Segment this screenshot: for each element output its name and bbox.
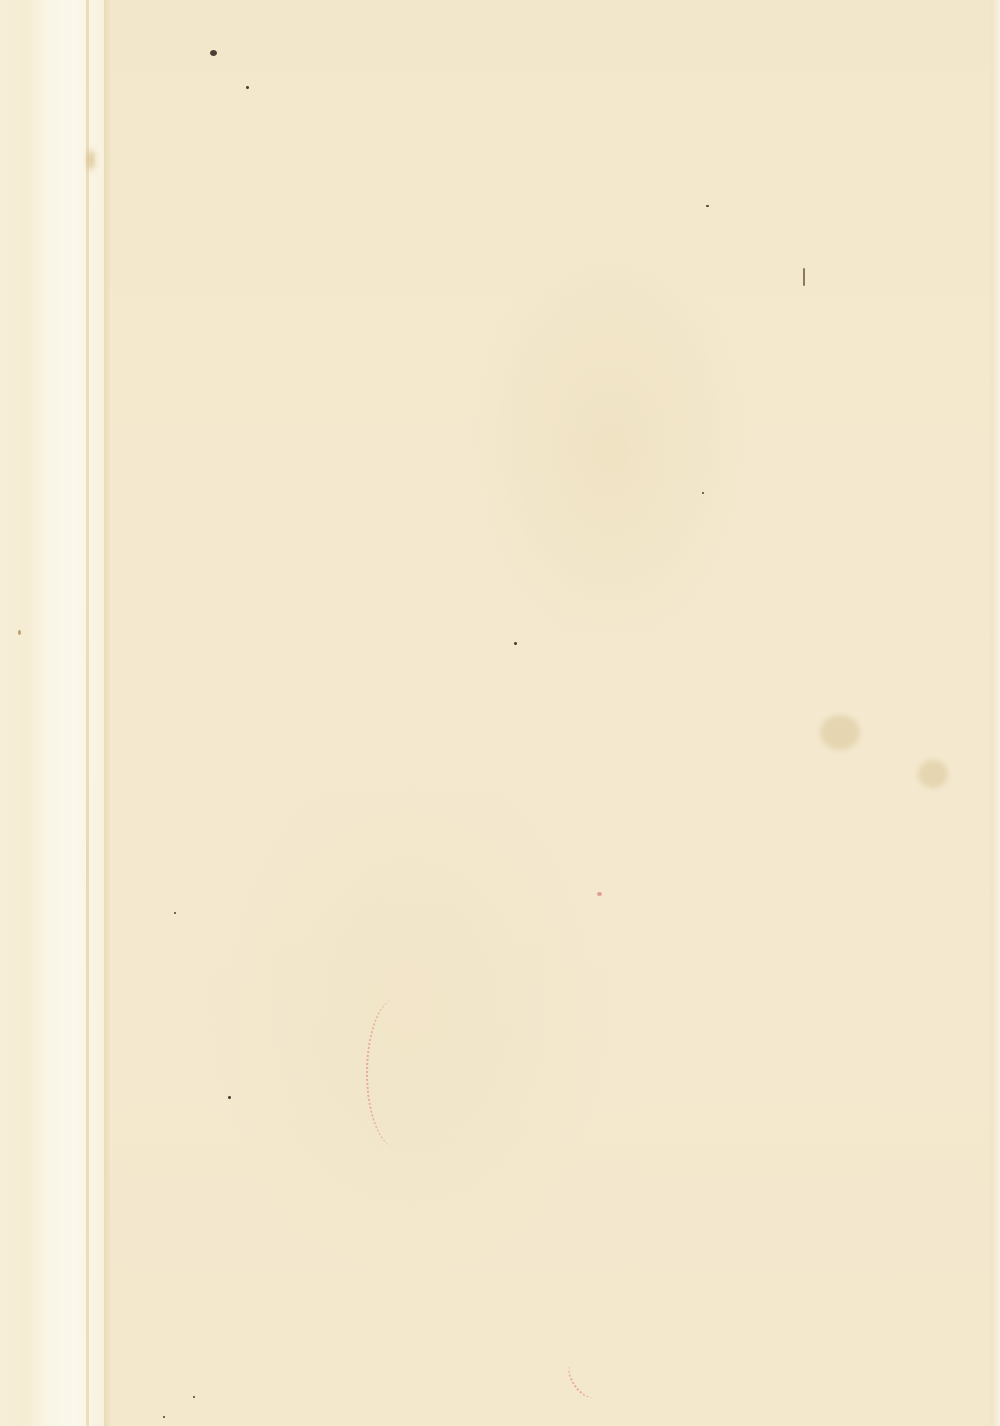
ink-speck [702,492,704,494]
ink-speck [210,50,217,56]
ink-speck [803,268,805,286]
ink-speck [228,1096,231,1099]
ink-speck [163,1416,165,1418]
ink-speck [246,86,249,89]
foxing-stain [918,760,948,788]
foxing-stain [820,715,860,750]
ink-speck [18,630,21,635]
red-dot [597,892,602,896]
ink-speck [174,912,176,914]
foxing-stain [88,150,94,170]
binding-strip [0,0,108,1426]
scanned-page [0,0,1000,1426]
page-right-edge [990,0,1000,1426]
binding-fold-line [86,0,89,1426]
red-pencil-mark [366,998,428,1148]
ink-speck [706,205,709,207]
page-body [180,120,880,1320]
ink-speck [193,1396,195,1398]
ink-speck [514,642,517,645]
